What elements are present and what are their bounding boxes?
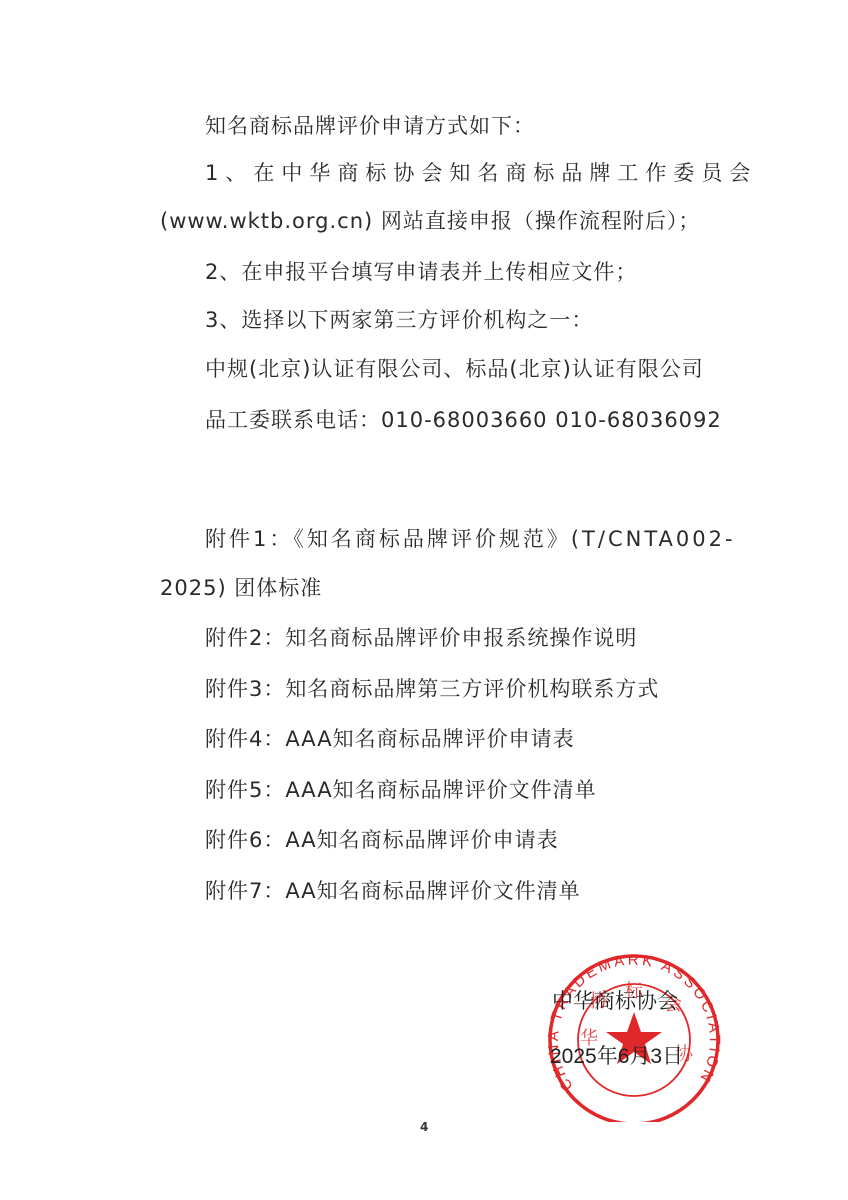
signature-date: 2025年6月3日 <box>550 1043 683 1071</box>
attachment-1-text: 附件1：《知名商标品牌评价规范》(T/CNTA002- <box>205 525 736 553</box>
contact-phone-text: 品工委联系电话：010-68003660 010-68036092 <box>205 406 722 434</box>
step-1-website-text: (www.wktb.org.cn) 网站直接申报（操作流程附后）； <box>160 207 700 235</box>
attachment-1-continued-text: 2025) 团体标准 <box>160 574 322 602</box>
page-number: 4 <box>420 1120 428 1134</box>
attachment-5-text: 附件5：AAA知名商标品牌评价文件清单 <box>205 776 597 804</box>
signature-organization: 中华商标协会 <box>552 988 678 1016</box>
step-2-text: 2、在申报平台填写申请表并上传相应文件； <box>205 258 637 286</box>
attachment-4-text: 附件4：AAA知名商标品牌评价申请表 <box>205 725 575 753</box>
step-3-text: 3、选择以下两家第三方评价机构之一： <box>205 306 593 334</box>
attachment-3-text: 附件3：知名商标品牌第三方评价机构联系方式 <box>205 675 659 703</box>
step-1-text: 1、在中华商标协会知名商标品牌工作委员会 <box>205 159 757 187</box>
intro-text: 知名商标品牌评价申请方式如下： <box>205 112 535 140</box>
attachment-6-text: 附件6：AA知名商标品牌评价申请表 <box>205 826 559 854</box>
attachment-2-text: 附件2：知名商标品牌评价申报系统操作说明 <box>205 624 637 652</box>
official-seal-icon: CHINA TRADEMARK ASSOCIATION 协 标 会 华 协 <box>540 952 728 1122</box>
evaluation-agencies-text: 中规(北京)认证有限公司、标品(北京)认证有限公司 <box>205 355 704 383</box>
attachment-7-text: 附件7：AA知名商标品牌评价文件清单 <box>205 877 581 905</box>
